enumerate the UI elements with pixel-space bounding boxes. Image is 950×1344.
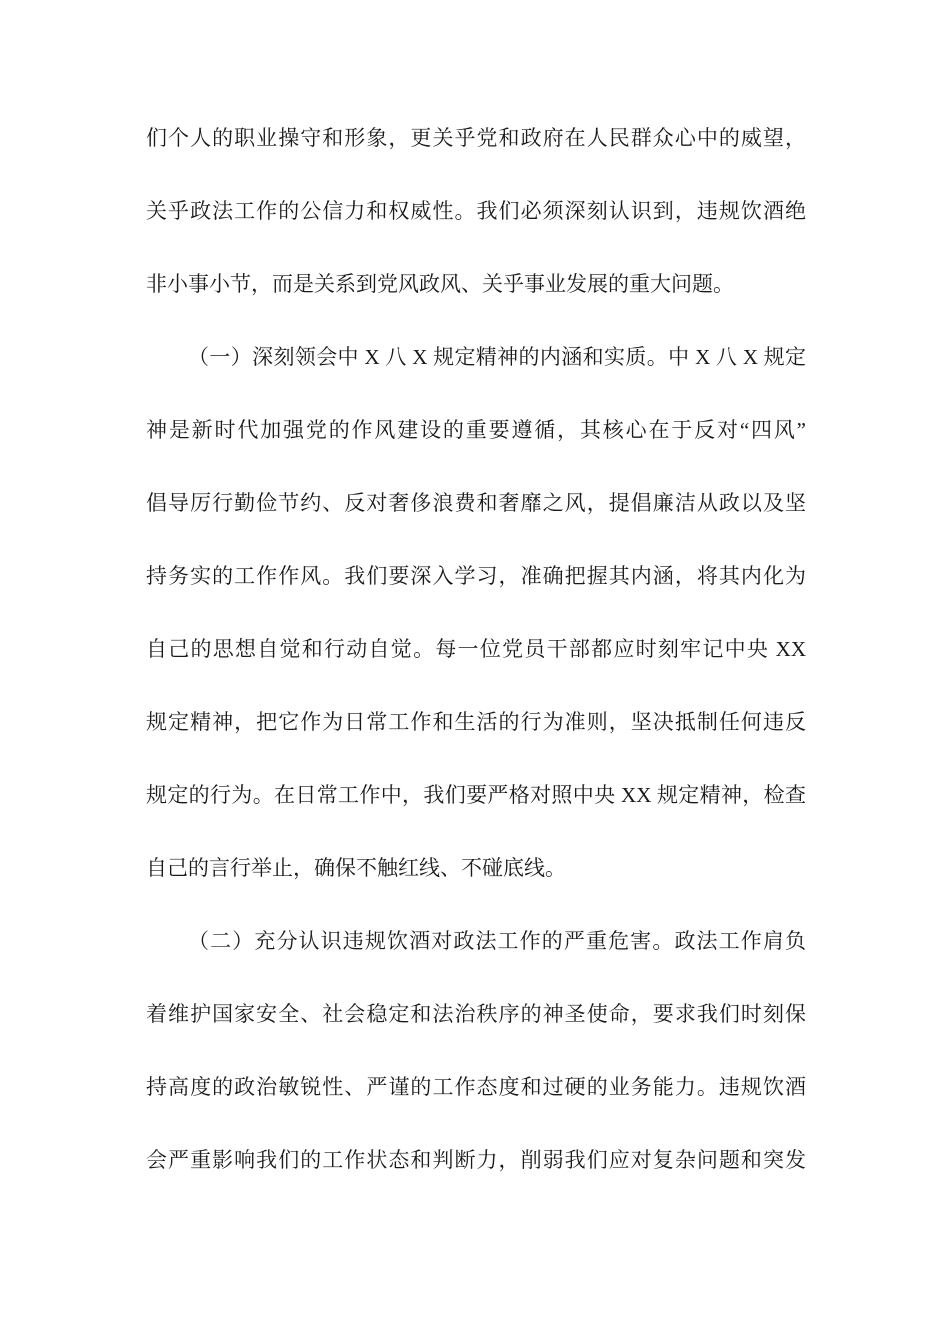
- text-line: 神是新时代加强党的作风建设的重要遵循，其核心在于反对“四风”: [146, 394, 806, 467]
- text-line: 持高度的政治敏锐性、严谨的工作态度和过硬的业务能力。违规饮酒: [146, 1051, 806, 1124]
- text-line: 自己的言行举止，确保不触红线、不碰底线。: [146, 832, 806, 905]
- text-line-paragraph-start: （二）充分认识违规饮酒对政法工作的严重危害。政法工作肩负: [146, 905, 806, 978]
- text-line: 着维护国家安全、社会稳定和法治秩序的神圣使命，要求我们时刻保: [146, 978, 806, 1051]
- text-line: 会严重影响我们的工作状态和判断力，削弱我们应对复杂问题和突发: [146, 1124, 806, 1197]
- text-line: 们个人的职业操守和形象，更关乎党和政府在人民群众心中的威望，: [146, 102, 806, 175]
- text-line: 非小事小节，而是关系到党风政风、关乎事业发展的重大问题。: [146, 248, 806, 321]
- document-body-text: 们个人的职业操守和形象，更关乎党和政府在人民群众心中的威望， 关乎政法工作的公信…: [146, 102, 806, 1197]
- text-line: 规定的行为。在日常工作中，我们要严格对照中央 XX 规定精神，检查: [146, 759, 806, 832]
- text-line: 持务实的工作作风。我们要深入学习，准确把握其内涵，将其内化为: [146, 540, 806, 613]
- text-line: 自己的思想自觉和行动自觉。每一位党员干部都应时刻牢记中央 XX: [146, 613, 806, 686]
- document-page: 们个人的职业操守和形象，更关乎党和政府在人民群众心中的威望， 关乎政法工作的公信…: [0, 0, 950, 1344]
- text-line: 关乎政法工作的公信力和权威性。我们必须深刻认识到，违规饮酒绝: [146, 175, 806, 248]
- text-line: 规定精神，把它作为日常工作和生活的行为准则，坚决抵制任何违反: [146, 686, 806, 759]
- text-line-paragraph-start: （一）深刻领会中 X 八 X 规定精神的内涵和实质。中 X 八 X 规定精: [146, 321, 806, 394]
- text-line: 倡导厉行勤俭节约、反对奢侈浪费和奢靡之风，提倡廉洁从政以及坚: [146, 467, 806, 540]
